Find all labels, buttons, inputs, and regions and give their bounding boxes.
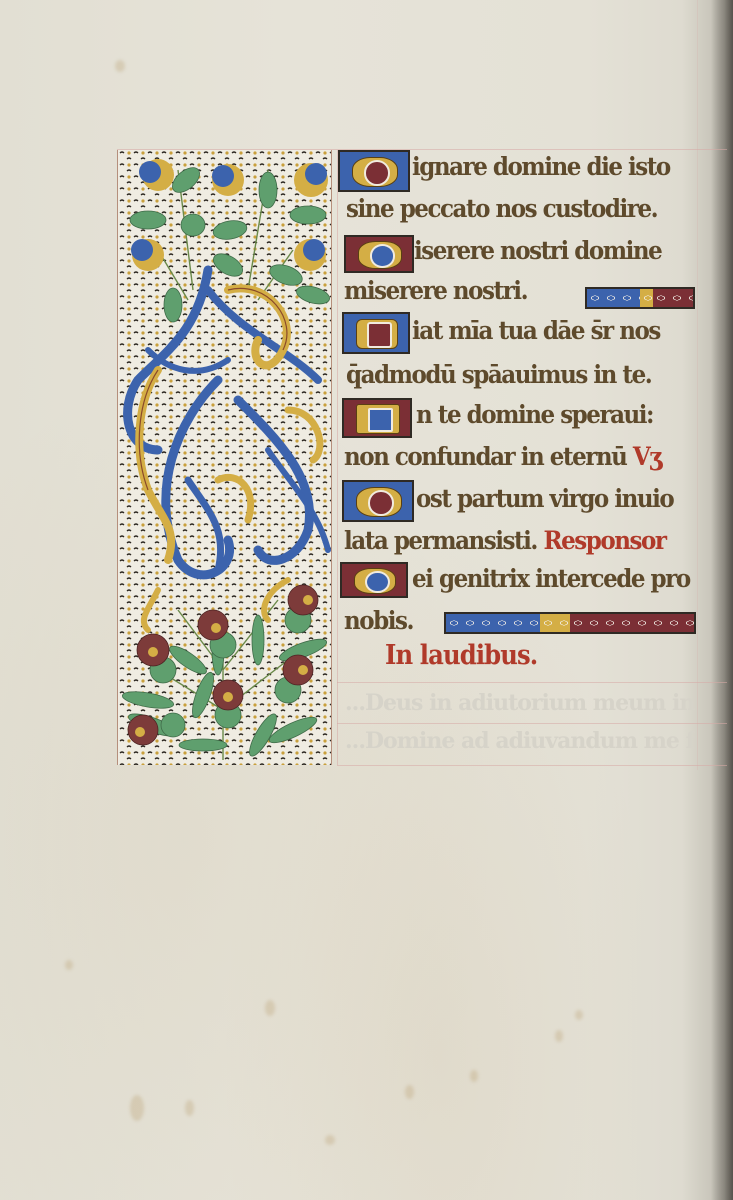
filler-gold <box>640 289 653 307</box>
initial-core <box>364 160 390 185</box>
initial-i <box>342 398 412 438</box>
initial-d2 <box>340 562 408 598</box>
text-line-10: lata permansisti. Responsor <box>344 526 665 566</box>
line-filler <box>444 612 696 634</box>
acanthus-floral-border-icon <box>118 150 331 765</box>
filler-blue <box>587 289 640 307</box>
foxing-stain <box>575 1010 583 1020</box>
text-line-8-body: non confundar in eternū <box>344 442 626 471</box>
foxing-stain <box>555 1030 563 1042</box>
text-line-11: ei genitrix intercede pro <box>412 564 690 604</box>
ruling-line <box>337 150 338 765</box>
line-filler <box>585 287 695 309</box>
text-line-10-body: lata permansisti. <box>344 526 537 555</box>
ruling-line <box>337 723 727 724</box>
manuscript-page: ignare domine die isto sine peccato nos … <box>0 0 733 1200</box>
initial-m <box>344 235 414 273</box>
text-line-5: iat mīa tua dāe s̄r nos <box>412 316 660 356</box>
foxing-stain <box>265 1000 275 1016</box>
responsory-rubric: Responsor <box>543 526 665 555</box>
text-line-1: ignare domine die isto <box>412 152 670 192</box>
illuminated-border <box>117 150 332 765</box>
initial-core <box>370 244 395 267</box>
text-line-7: n te domine speraui: <box>416 400 653 440</box>
foxing-stain <box>470 1070 478 1082</box>
filler-red <box>570 614 694 632</box>
foxing-stain <box>325 1135 335 1145</box>
text-line-9: ost partum virgo inuio <box>416 484 673 524</box>
text-line-2: sine peccato nos custodire. <box>346 194 657 234</box>
initial-core <box>368 490 394 515</box>
ruling-line <box>337 682 727 683</box>
filler-gold <box>540 614 570 632</box>
foxing-stain <box>405 1085 414 1099</box>
show-through-text: ...Deus in adiutorium meum intende <box>345 690 695 716</box>
filler-red <box>653 289 693 307</box>
show-through-text: ...Domine ad adiuvandum me festina <box>345 728 695 754</box>
text-line-6: q̄admodū spāauimus in te. <box>346 360 651 400</box>
filler-blue <box>446 614 540 632</box>
initial-p <box>342 480 414 522</box>
text-line-8: non confundar in eternū Vʒ <box>344 442 661 482</box>
versicle-mark: Vʒ <box>633 442 661 471</box>
gutter-shadow <box>711 0 733 1200</box>
foxing-stain <box>115 60 125 72</box>
initial-core <box>368 408 393 432</box>
foxing-stain <box>130 1095 144 1121</box>
initial-core <box>367 322 391 347</box>
ruling-line <box>337 765 727 766</box>
text-line-4: miserere nostri. <box>344 276 527 316</box>
foxing-stain <box>185 1100 194 1116</box>
initial-core <box>365 571 389 593</box>
rubric-heading: In laudibus. <box>385 640 537 671</box>
ruling-line <box>697 0 698 770</box>
initial-d <box>338 150 410 192</box>
initial-f <box>342 312 410 354</box>
foxing-stain <box>65 960 73 970</box>
text-line-3: iserere nostri domine <box>414 236 661 276</box>
